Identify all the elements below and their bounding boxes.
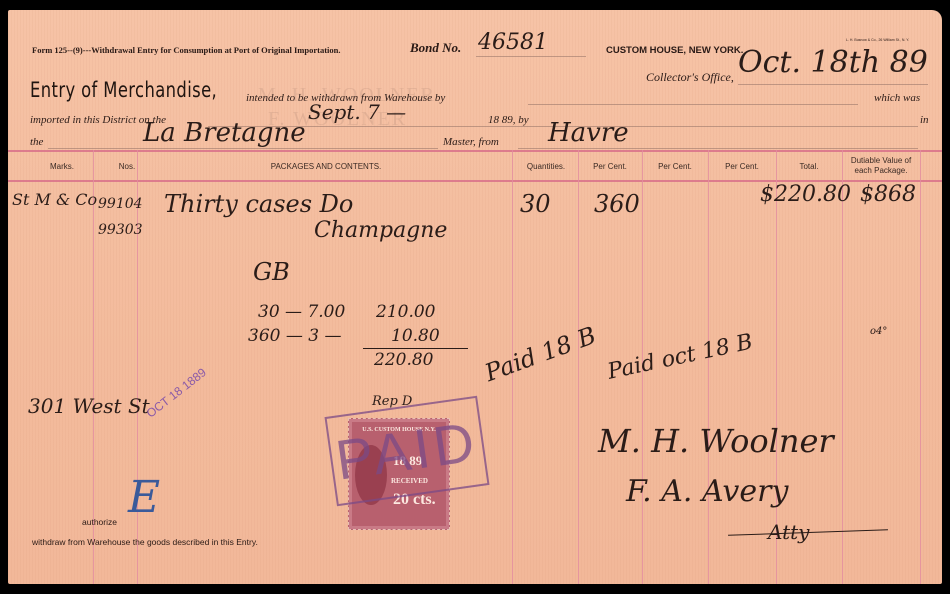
small-note: o4° — [870, 326, 887, 337]
import-year: 18 89, by — [488, 114, 529, 126]
paid-note-1: Paid 18 B — [481, 321, 599, 387]
authorize-label: authorize — [82, 517, 117, 527]
line3-rule-a — [48, 148, 438, 149]
import-date: Sept. 7 — — [308, 100, 406, 124]
in-text: in — [920, 114, 929, 126]
col-line — [776, 150, 777, 584]
header-packages: PACKAGES AND CONTENTS. — [226, 162, 426, 171]
customs-entry-document: Form 125--(9)---Withdrawal Entry for Con… — [8, 10, 942, 584]
paid-cancel-stamp: PAID — [324, 396, 489, 507]
col-line — [842, 150, 843, 584]
row-nos-1: 99104 — [98, 196, 143, 212]
the-text: the — [30, 136, 43, 148]
header-total: Total. — [778, 162, 840, 171]
row-nos-2: 99303 — [98, 222, 143, 238]
header-nos: Nos. — [112, 162, 142, 171]
calc-line2-left: 360 — 3 — — [248, 326, 341, 346]
line1-rule — [528, 104, 858, 105]
header-per-cent-1: Per Cent. — [580, 162, 640, 171]
bond-rule — [476, 56, 586, 57]
col-line — [920, 150, 921, 584]
bond-label: Bond No. — [410, 40, 461, 56]
master-from-text: Master, from — [443, 136, 499, 148]
col-line — [578, 150, 579, 584]
date-rule — [738, 84, 928, 85]
withdraw-statement: withdraw from Warehouse the goods descri… — [32, 537, 258, 547]
date-stamp: OCT 18 1889 — [144, 365, 209, 420]
calc-sum: 220.80 — [374, 350, 433, 370]
header-quantities: Quantities. — [516, 162, 576, 171]
custom-house-label: CUSTOM HOUSE, NEW YORK. — [606, 45, 743, 56]
col-line — [708, 150, 709, 584]
table-top-rule — [8, 150, 942, 152]
address-note: 301 West St — [28, 394, 150, 418]
row-total: $220.80 — [760, 182, 851, 207]
header-per-cent-2: Per Cent. — [644, 162, 706, 171]
bond-number: 46581 — [478, 30, 548, 55]
row-quantity: 30 — [520, 190, 551, 218]
row-marks: St M & Co — [12, 190, 97, 209]
row-packages: Thirty cases Do — [164, 190, 353, 218]
entry-date: Oct. 18th 89 — [738, 45, 928, 80]
calc-sum-rule — [363, 348, 468, 349]
row-dutiable: $868 — [860, 182, 916, 207]
header-dutiable-value: Dutiable Value of each Package. — [844, 156, 918, 176]
collectors-office-label: Collector's Office, — [646, 70, 734, 85]
vessel-name: La Bretagne — [143, 118, 306, 148]
row-contents: Champagne — [314, 218, 447, 243]
signature-woolner: M. H. Woolner — [598, 422, 834, 460]
row-per-cent: 360 — [594, 190, 640, 218]
line3-rule-b — [518, 148, 918, 149]
calc-initials: GB — [253, 258, 290, 286]
paid-note-2: Paid oct 18 B — [605, 330, 755, 385]
printer-credit: L. H. Busnow & Co., 26 William St., N. Y… — [846, 38, 909, 42]
calc-line1-left: 30 — 7.00 — [258, 302, 345, 322]
header-per-cent-3: Per Cent. — [710, 162, 774, 171]
signature-avery: F. A. Avery — [626, 474, 788, 509]
calc-line1-right: 210.00 — [376, 302, 435, 322]
form-number-line: Form 125--(9)---Withdrawal Entry for Con… — [32, 45, 341, 55]
document-title: Entry of Merchandise, — [30, 78, 217, 102]
calc-line2-right: 10.80 — [391, 326, 440, 346]
origin-port: Havre — [548, 118, 629, 148]
header-marks: Marks. — [42, 162, 82, 171]
which-was-text: which was — [874, 92, 920, 104]
blue-mark: E — [128, 472, 160, 523]
